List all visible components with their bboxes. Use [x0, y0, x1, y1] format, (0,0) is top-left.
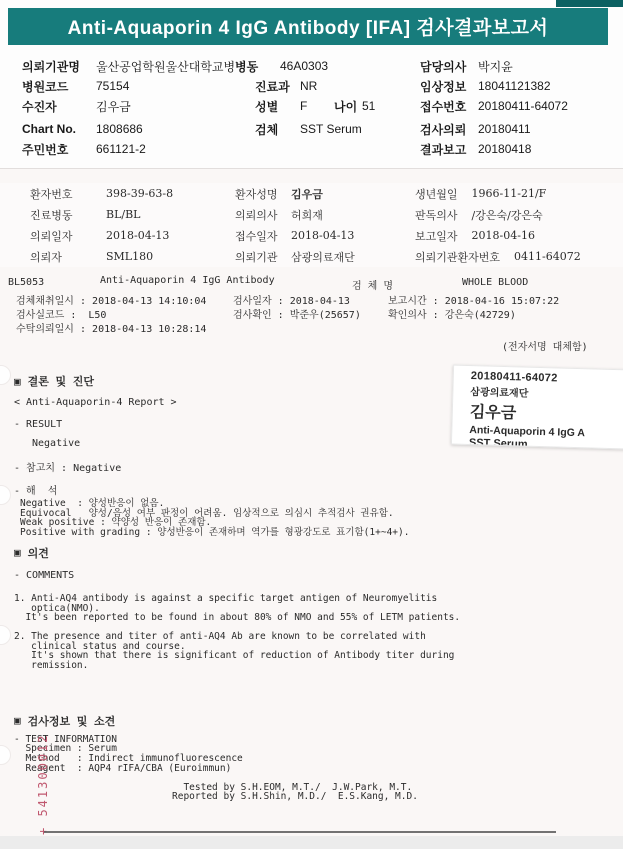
field-label: 의뢰기관명: [22, 58, 96, 75]
field-value: 울산공업학원울산대학교병: [96, 58, 235, 75]
table-row: 의뢰자SML180의뢰기관삼광의료재단의뢰기관환자번호0411-64072: [0, 246, 623, 267]
field-label: 진료과: [255, 78, 300, 95]
header-row: 수진자김우금성별F나이51 접수번호20180411-64072: [0, 96, 623, 116]
footer-divider-line: [44, 831, 556, 833]
field-label: 수탁의뢰일시 :: [16, 324, 86, 335]
cell-value: 삼광의료재단: [291, 249, 415, 265]
field-value: 75154: [96, 79, 255, 93]
field-value: F: [300, 99, 332, 113]
field-label: 결과보고: [420, 141, 478, 158]
table-row: 환자번호398-39-63-8환자성명김우금생년월일1966-11-21/F: [0, 183, 623, 204]
field-label: Chart No.: [22, 122, 96, 136]
header-right: 임상정보18041121382: [420, 76, 551, 96]
field-value: SST Serum: [300, 122, 362, 136]
field-value: NR: [300, 79, 317, 93]
header-right: 검사의뢰20180411: [420, 119, 531, 139]
table-row: 의뢰일자2018-04-13접수일자2018-04-13보고일자2018-04-…: [0, 225, 623, 246]
comments-label: - COMMENTS: [0, 570, 623, 581]
test-information-block: - TEST INFORMATION Specimen : Serum Meth…: [0, 735, 623, 774]
cell-value: 398-39-63-8: [106, 187, 235, 200]
interpretation-block: Negative : 양성반응이 없음. Equivocal 양성/음성 여부 …: [0, 499, 623, 538]
section-heading-opinion: ▣ 의견: [0, 545, 623, 561]
cell-label: 의뢰자: [30, 249, 106, 265]
section-title: 결론 및 진단: [28, 373, 94, 389]
cell-label: 진료병동: [30, 207, 106, 223]
section-bullet-icon: ▣: [14, 546, 21, 559]
barcode-number-vertical: + 541300012: [36, 734, 50, 835]
cell-value: 1966-11-21/F: [472, 187, 547, 200]
sticker-patient-name: 김우금: [470, 399, 623, 426]
field-pair: 확인의사 : 강은숙(42729): [388, 306, 516, 321]
table-row: 진료병동BL/BL의뢰의사허희재판독의사/강은숙/강은숙: [0, 204, 623, 225]
patient-info-table: 환자번호398-39-63-8환자성명김우금생년월일1966-11-21/F 진…: [0, 183, 623, 267]
field-pair: 검사실코드 : L50: [16, 306, 106, 321]
field-label: 검체: [255, 121, 300, 138]
field-value: 661121-2: [96, 142, 255, 156]
field-label: 확인의사 :: [388, 310, 439, 321]
report-title-banner: Anti-Aquaporin 4 IgG Antibody [IFA] 검사결과…: [8, 8, 608, 45]
cell-value: 김우금: [291, 186, 415, 202]
field-pair: 검체채취일시 : 2018-04-13 14:10:04: [16, 292, 206, 307]
field-label: 병동: [235, 58, 280, 75]
cell-label: 의뢰기관환자번호: [415, 249, 500, 265]
header-right: 접수번호20180411-64072: [420, 96, 568, 116]
field-label: 접수번호: [420, 98, 478, 115]
field-value: 46A0303: [280, 59, 328, 73]
field-label: 수진자: [22, 98, 96, 115]
field-value: 1808686: [96, 122, 255, 136]
field-label: 검사의뢰: [420, 121, 478, 138]
comment-item: 2. The presence and titer of anti-AQ4 Ab…: [0, 632, 623, 671]
field-label: 병원코드: [22, 78, 96, 95]
field-value: 2018-04-13 14:10:04: [92, 296, 206, 307]
field-value: 김우금: [96, 98, 255, 115]
cell-value: 0411-64072: [514, 250, 581, 263]
signers-block: Tested by S.H.EOM, M.T./ J.W.Park, M.T. …: [0, 783, 623, 802]
field-value: 박준우(25657): [290, 310, 361, 321]
footer-bar: [0, 836, 623, 849]
field-value: 강은숙(42729): [445, 310, 516, 321]
field-value: 20180411-64072: [478, 99, 568, 113]
field-value: 51: [362, 99, 375, 113]
cell-value: 2018-04-13: [106, 229, 235, 242]
page-title: Anti-Aquaporin 4 IgG Antibody [IFA] 검사결과…: [68, 13, 549, 40]
specimen-label-sticker: 20180411-64072 삼광의료재단 김우금 Anti-Aquaporin…: [451, 365, 623, 450]
cell-label: 접수일자: [235, 228, 291, 244]
cell-value: BL/BL: [106, 208, 235, 221]
header-right: 결과보고20180418: [420, 139, 531, 159]
field-label: 임상정보: [420, 78, 478, 95]
field-value: 박지윤: [478, 58, 513, 75]
field-pair: 검사일자 : 2018-04-13: [233, 292, 350, 307]
field-value: 18041121382: [478, 79, 551, 93]
section-heading-test-info: ▣ 검사정보 및 소견: [0, 713, 623, 729]
cell-value: 2018-04-13: [291, 229, 415, 242]
header-right: 담당의사박지윤: [420, 56, 513, 76]
field-value: WHOLE BLOOD: [462, 277, 528, 288]
field-pair: 보고시간 : 2018-04-16 15:07:22: [388, 292, 559, 307]
section-bullet-icon: ▣: [14, 375, 21, 388]
header-row: 의뢰기관명울산공업학원울산대학교병병동46A0303 담당의사박지윤: [0, 56, 623, 76]
cell-value: 2018-04-16: [472, 229, 535, 242]
interpretation-title: - 해 석: [0, 482, 623, 497]
header-row: Chart No.1808686검체SST Serum 검사의뢰20180411: [0, 119, 623, 139]
reference-line: - 참고치 : Negative: [0, 459, 623, 474]
section-bullet-icon: ▣: [14, 714, 21, 727]
cell-label: 의뢰일자: [30, 228, 106, 244]
header-row: 주민번호661121-2 결과보고20180418: [0, 139, 623, 159]
esign-note: (전자서명 대체함): [502, 338, 588, 353]
cell-value: /강은숙/강은숙: [472, 207, 543, 223]
test-meta-block: BL5053 Anti-Aquaporin 4 IgG Antibody 검 체…: [0, 275, 623, 359]
cell-label: 환자성명: [235, 186, 291, 202]
top-right-corner-strip: [556, 0, 623, 7]
header-row: 병원코드75154진료과NR 임상정보18041121382: [0, 76, 623, 96]
comment-item: 1. Anti-AQ4 antibody is against a specif…: [0, 594, 623, 623]
field-value: 20180411: [478, 122, 531, 136]
cell-label: 생년월일: [415, 186, 458, 202]
field-pair: 수탁의뢰일시 : 2018-04-13 10:28:14: [16, 320, 206, 335]
field-label: 검 체 명: [352, 277, 393, 292]
test-name: Anti-Aquaporin 4 IgG Antibody: [100, 275, 275, 286]
field-pair: 검사확인 : 박준우(25657): [233, 306, 361, 321]
field-label: 성별: [255, 98, 300, 115]
cell-label: 판독의사: [415, 207, 458, 223]
cell-label: 환자번호: [30, 186, 106, 202]
test-code: BL5053: [8, 277, 44, 288]
field-label: 검사확인 :: [233, 310, 284, 321]
field-value: 2018-04-13 10:28:14: [92, 324, 206, 335]
section-title: 검사정보 및 소견: [28, 713, 116, 729]
field-label: 담당의사: [420, 58, 478, 75]
field-label: 나이: [334, 98, 362, 115]
scanned-report-area: 환자번호398-39-63-8환자성명김우금생년월일1966-11-21/F 진…: [0, 168, 623, 836]
cell-label: 의뢰기관: [235, 249, 291, 265]
cell-value: SML180: [106, 250, 235, 263]
field-label: 주민번호: [22, 141, 96, 158]
cell-label: 의뢰의사: [235, 207, 291, 223]
field-value: 20180418: [478, 142, 531, 156]
cell-label: 보고일자: [415, 228, 458, 244]
header-info-block: 의뢰기관명울산공업학원울산대학교병병동46A0303 담당의사박지윤 병원코드7…: [0, 56, 623, 159]
section-title: 의견: [28, 545, 49, 561]
cell-value: 허희재: [291, 207, 415, 223]
